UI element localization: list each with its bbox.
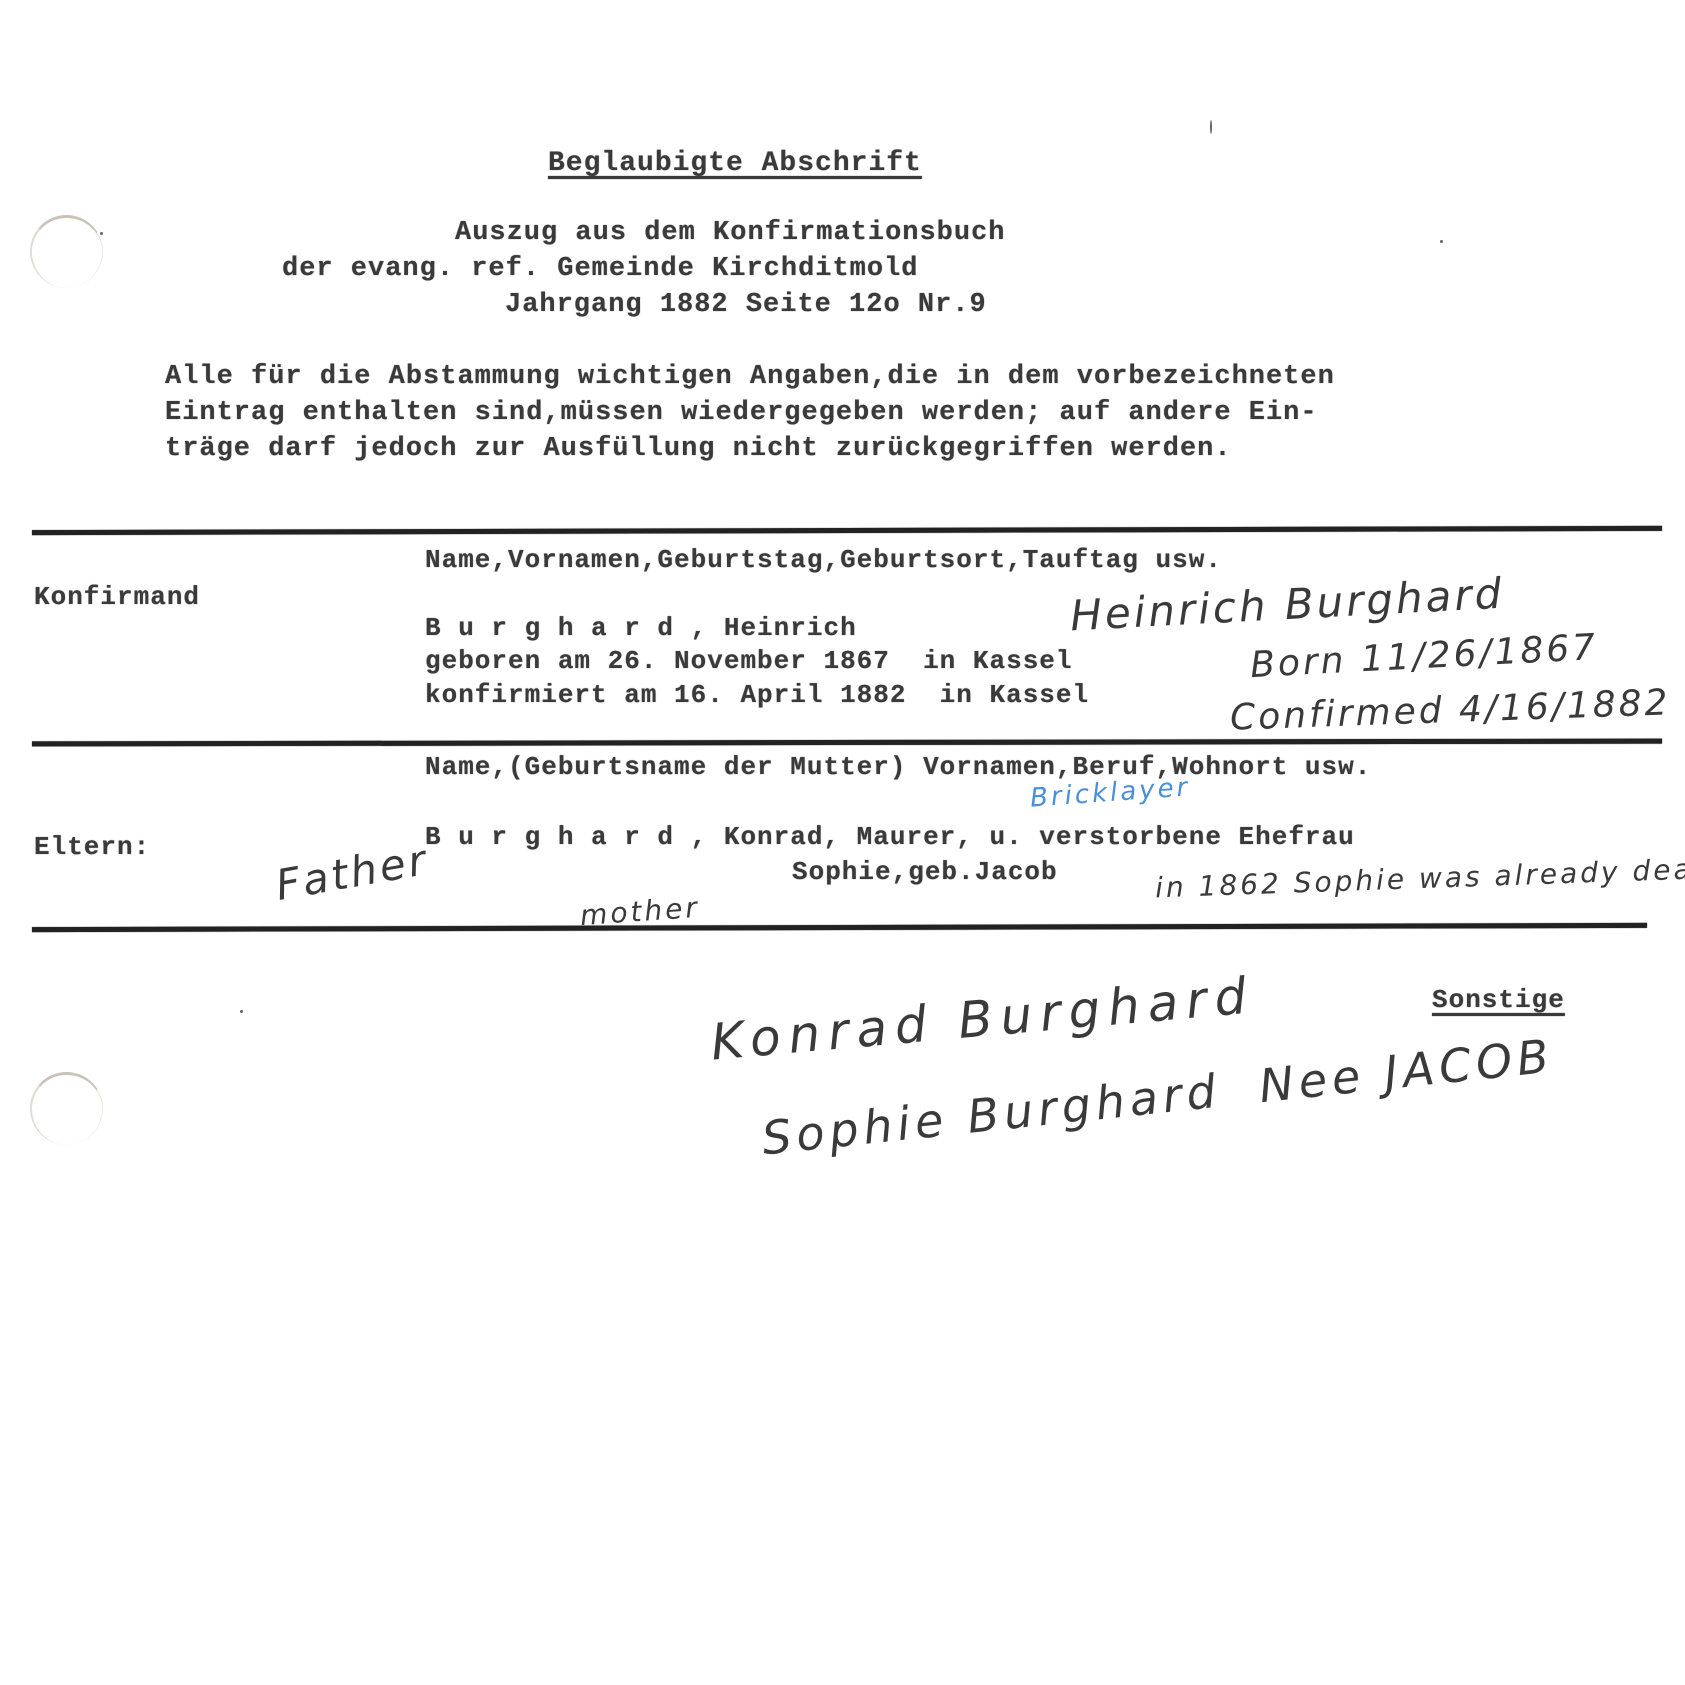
- annotation-sophie-note: in 1862 Sophie was already dea: [1155, 853, 1685, 905]
- eltern-label: Eltern:: [34, 832, 150, 862]
- annotation-father: Father: [272, 835, 432, 910]
- annotation-confirmed: Confirmed 4/16/1882: [1229, 682, 1671, 738]
- sonstige-label: Sonstige: [1432, 985, 1565, 1015]
- punch-hole-bottom: [30, 1072, 103, 1145]
- eltern-header: Name,(Geburtsname der Mutter) Vornamen,B…: [425, 752, 1371, 782]
- punch-hole-top: [30, 215, 103, 288]
- konfirmand-header: Name,Vornamen,Geburtstag,Geburtsort,Tauf…: [425, 545, 1222, 575]
- instructions-line-2: Eintrag enthalten sind,müssen wiedergege…: [165, 398, 1318, 428]
- instructions-line-3: träge darf jedoch zur Ausfüllung nicht z…: [165, 434, 1232, 464]
- konfirmand-confirmed: konfirmiert am 16. April 1882 in Kassel: [425, 680, 1089, 710]
- subtitle-line-1: Auszug aus dem Konfirmationsbuch: [455, 218, 1005, 248]
- konfirmand-name: B u r g h a r d , Heinrich: [425, 613, 857, 643]
- document-title: Beglaubigte Abschrift: [548, 148, 922, 179]
- divider-top: [32, 526, 1662, 535]
- scan-speck: [240, 1010, 243, 1013]
- konfirmand-label: Konfirmand: [34, 582, 200, 612]
- konfirmand-born: geboren am 26. November 1867 in Kassel: [425, 646, 1073, 676]
- divider-middle: [32, 739, 1662, 747]
- subtitle-line-2: der evang. ref. Gemeinde Kirchditmold: [282, 254, 919, 284]
- instructions-line-1: Alle für die Abstammung wichtigen Angabe…: [165, 362, 1335, 392]
- subtitle-line-3: Jahrgang 1882 Seite 12o Nr.9: [505, 290, 987, 320]
- divider-bottom: [32, 923, 1647, 932]
- scan-speck: [100, 232, 103, 235]
- scan-speck: [1440, 240, 1443, 243]
- scan-speck: [1210, 120, 1212, 134]
- eltern-line-1: B u r g h a r d , Konrad, Maurer, u. ver…: [425, 822, 1355, 852]
- annotation-konrad-name: Konrad Burghard: [709, 966, 1257, 1071]
- annotation-born: Born 11/26/1867: [1249, 627, 1599, 686]
- eltern-line-2: Sophie,geb.Jacob: [792, 857, 1058, 887]
- annotation-heinrich-name: Heinrich Burghard: [1069, 569, 1505, 641]
